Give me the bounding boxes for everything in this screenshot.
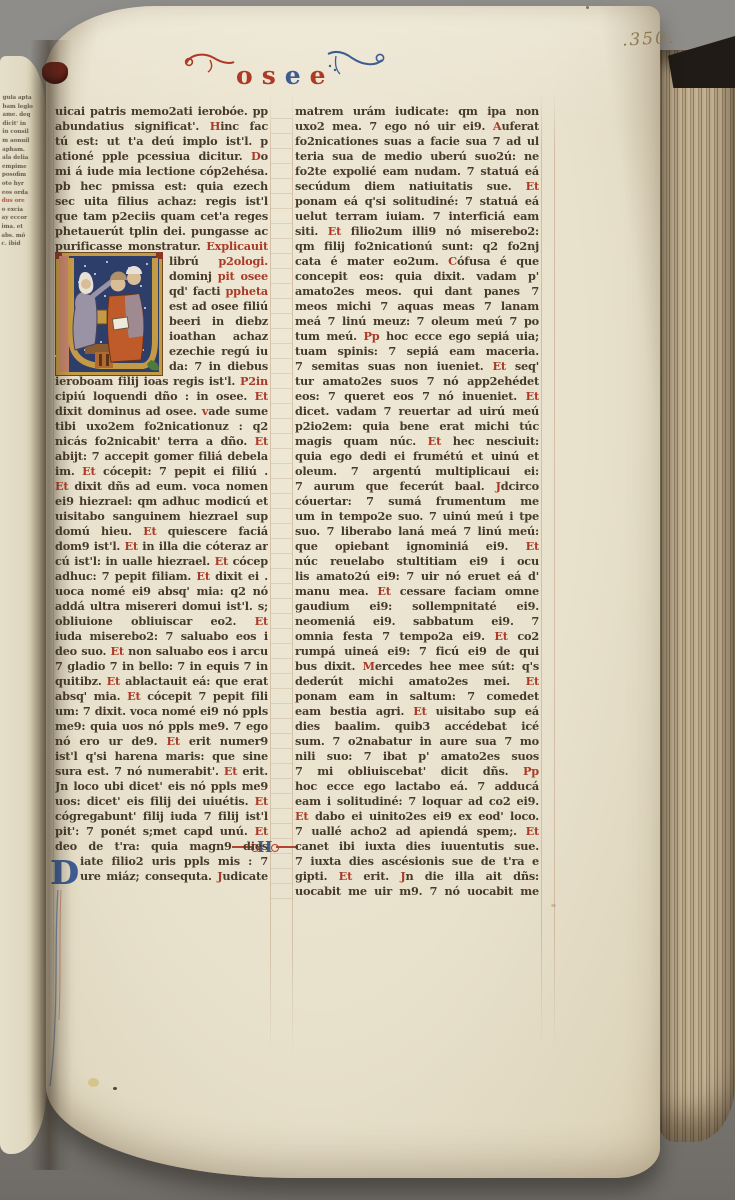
body-text: 7 iuxta dies ascésionis sue de t'ra e: [295, 854, 539, 868]
text-line: absq' mia. Et cócepit 7 pepit fili: [55, 689, 268, 704]
text-line: gaudium ei9: sollempnitaté ei9.: [295, 599, 539, 614]
body-text: teria sua de medio uberú suo2ú: ne: [295, 149, 539, 163]
text-line: dom9 ist'l. Et in illa die cóteraz ar: [55, 539, 268, 554]
rubricated-text: Et: [110, 644, 123, 658]
body-text: est ad osee filiú: [169, 299, 268, 313]
gloss-fragment: in consil: [2, 128, 42, 137]
rubricated-text: Et: [55, 479, 68, 493]
running-title-letter: e: [310, 63, 326, 88]
text-line: lis amato2ú ei9: 7 uir nó eruet eá d': [295, 569, 539, 584]
text-line: secúdum diem natiuitatis sue. Et: [295, 179, 539, 194]
rubricated-text: Et: [526, 674, 539, 688]
text-line: amato2es meos. qui dant panes 7: [295, 284, 539, 299]
text-line: fo2nicationes suas a facie sua 7 ad ul: [295, 134, 539, 149]
rubricated-text: Et: [428, 434, 441, 448]
text-line: nili suo: 7 ibat p' amato2es suos: [295, 749, 539, 764]
body-text: qm filij fo2nicationú sunt: q2 fo2nj: [295, 239, 539, 253]
pen-flourish-right-icon: [326, 42, 386, 82]
book-fore-edge: [656, 50, 735, 1142]
rubricated-text: Et: [255, 824, 268, 838]
body-text: seq': [506, 359, 539, 373]
body-text: 7 mi obliuiscebat' dicit dñs.: [295, 764, 523, 778]
body-text: ure miáz; consequta.: [80, 869, 217, 883]
body-text: adhuc: 7 pepit filiam.: [55, 569, 196, 583]
text-line: domú hieu. Et quiescere faciá regni: [55, 524, 268, 539]
text-line: que opiebant ignominiá ei9. Et: [295, 539, 539, 554]
body-text: ei9 hiezrael: qm adhuc modicú et: [55, 494, 268, 508]
body-text: canet ibi iuxta dies iuuentutis sue.: [295, 839, 539, 853]
body-text: dederút michi amato2es mei.: [295, 674, 526, 688]
text-line: Et dixit dñs ad eum. voca nomen: [55, 479, 268, 494]
text-line: tum meú. Pp hoc ecce ego sepiá uia;: [295, 329, 539, 344]
body-text: ezechie regú iu: [169, 344, 268, 358]
body-text: uocabit me uir m9. 7 nó uocabit me: [295, 884, 539, 898]
text-line: deo de t'ra: quia magn9 dies ieztael: [55, 839, 268, 854]
rubricated-text: Pp: [363, 329, 379, 343]
running-title-letter: e: [285, 63, 301, 88]
text-line: magis quam núc. Et hec nesciuit:: [295, 434, 539, 449]
body-text: sec uita filius achaz: regis ist'l tplo.: [55, 194, 268, 209]
body-text: Jn loco ubi dicet' eis nó ppls me9: [55, 779, 268, 793]
rubricated-text: Et: [494, 629, 507, 643]
body-text: ablactauit eá: que erat: [120, 674, 268, 688]
body-text: ieroboam filij ioas regis ist'l.: [55, 374, 240, 388]
text-line: fo2te expolié eam nudam. 7 statuá eá: [295, 164, 539, 179]
text-line: uos: dicet' eis filij dei uiuétis. Et: [55, 794, 268, 809]
rubricated-text: Et: [295, 809, 308, 823]
text-line: ezechie regú iu: [169, 344, 268, 359]
text-line: uelut terram iuiam. 7 interficiá eam: [295, 209, 539, 224]
ruling-line-intercolumn-2: [292, 92, 293, 1058]
text-line: hoc ecce ego lactabo eá. 7 adducá: [295, 779, 539, 794]
text-line: uocabit me uir m9. 7 nó uocabit me: [295, 884, 539, 899]
body-text: omnia festa 7 tempo2a ei9.: [295, 629, 494, 643]
body-text: ade sume: [208, 404, 268, 418]
body-text: uelut terram iuiam. 7 interficiá eam: [295, 209, 539, 223]
body-text: matrem urám iudicate: qm ipa non: [295, 104, 539, 118]
body-text: inc fac: [220, 119, 268, 133]
body-text: eam bestia agri.: [295, 704, 413, 718]
binding-headband: [42, 62, 68, 84]
text-line: ioathan achaz: [169, 329, 268, 344]
body-text: cú ist'l: in ualle hiezrael.: [55, 554, 215, 568]
pen-flourish-left-icon: [184, 48, 236, 82]
rubricated-text: Et: [196, 569, 209, 583]
text-line: 7 mi obliuiscebat' dicit dñs. Pp: [295, 764, 539, 779]
rubricated-text: Explicauit: [206, 239, 268, 253]
body-text: uisitabo sup eá: [427, 704, 539, 718]
body-text: oleum. 7 argentú multiplicaui ei:: [295, 464, 539, 478]
body-text: hoc ecce ego lactabo eá. 7 adducá: [295, 779, 539, 793]
text-line: manu mea. Et cessare faciam omne: [295, 584, 539, 599]
body-text: hec nesciuit:: [441, 434, 539, 448]
text-line: dominj pit osee: [169, 269, 268, 284]
body-text: da: 7 in diebus: [169, 359, 268, 373]
body-text: fo2nicationes suas a facie sua 7 ad ul: [295, 134, 539, 148]
body-text: quia ego dedi ei frumétú et uinú et: [295, 449, 539, 463]
body-text: tibi uxo2em fo2nicationuz : q2 fo2: [55, 419, 268, 434]
rubricated-text: Et: [166, 734, 179, 748]
body-text: uxo2 mea. 7 ego nó uir ei9.: [295, 119, 493, 133]
text-line: gipti. Et erit. Jn die illa ait dñs:: [295, 869, 539, 884]
rubricated-text: Et: [526, 539, 539, 553]
body-text: meos michi 7 aquas meas 7 lanam: [295, 299, 539, 313]
body-text: que tam p2eciis quam cet'a reges p: [55, 209, 268, 224]
body-text: 7 gladio 7 in bello: 7 in equis 7 in e: [55, 659, 268, 674]
gloss-fragment: dicit' in: [2, 120, 42, 129]
gloss-fragment: o excia: [2, 206, 42, 215]
gloss-fragment: eos orda: [2, 188, 42, 197]
body-text: tum meú.: [295, 329, 363, 343]
rubricated-text: Et: [255, 389, 268, 403]
text-line: rumpá uineá ei9: 7 ficú ei9 de qui: [295, 644, 539, 659]
text-line: eam bestia agri. Et uisitabo sup eá: [295, 704, 539, 719]
body-text: sura est. 7 nó numerabit'.: [55, 764, 224, 778]
body-text: dixit dominus ad osee.: [55, 404, 202, 418]
text-line: tibi uxo2em fo2nicationuz : q2 fo2: [55, 419, 268, 434]
text-line: neomeniá ei9. sabbatum ei9. 7: [295, 614, 539, 629]
body-text: dixit dñs ad eum. voca nomen: [68, 479, 268, 493]
body-text: p2io2em: quia bene erat michi túc: [295, 419, 539, 433]
rubricated-text: Et: [255, 614, 268, 628]
body-text: manu mea.: [295, 584, 377, 598]
text-line: bus dixit. Mercedes hee mee sút: q's: [295, 659, 539, 674]
body-text: ercedes hee mee sút: q's: [375, 659, 539, 673]
body-text: cóuertar: 7 sumá frumentum me: [295, 494, 539, 508]
rubricated-text: P2in: [240, 374, 268, 388]
rubricated-text: Et: [328, 224, 341, 238]
text-line: beeri in diebz ozi: [169, 314, 268, 329]
body-text: suo. 7 liberabo laná meá 7 linú meú:: [295, 524, 539, 538]
ruling-line-right-2: [554, 92, 555, 1052]
facing-page-gloss-text: gula aptabam legloame. deqdicit' inin co…: [1, 94, 42, 249]
body-text: um: 7 dixit. voca nomé ei9 nó ppls: [55, 704, 268, 718]
text-line: uoca nomé ei9 absq' mia: q2 nó: [55, 584, 268, 599]
gloss-fragment: empime: [2, 163, 42, 172]
rubricated-text: Et: [255, 794, 268, 808]
text-line: tú est: ut t'a deú implo ist'l. p deuú: [55, 134, 268, 149]
body-text: librú: [169, 254, 218, 268]
rubricated-text: Et: [526, 824, 539, 838]
body-text: gipti.: [295, 869, 339, 883]
gloss-fragment: ima. et: [1, 223, 41, 232]
body-text: qd' facti: [169, 284, 225, 298]
body-text: ist'l q'si harena maris: que sine mé: [55, 749, 268, 764]
body-text: iuda miserebo2: 7 saluabo eos i dño: [55, 629, 268, 644]
body-text: gaudium ei9: sollempnitaté ei9.: [295, 599, 539, 613]
text-line: obliuione obliuiscar eo2. Et domui: [55, 614, 268, 629]
body-text: ationé pple pcessiua dicitur.: [55, 149, 251, 163]
body-text: nicás fo2nicabit' terra a dño.: [55, 434, 255, 448]
body-text: dicet. vadam 7 reuertar ad uirú meú: [295, 404, 539, 418]
text-line: 7 iuxta dies ascésionis sue de t'ra e: [295, 854, 539, 869]
text-line: quitibz. Et ablactauit eá: que erat: [55, 674, 268, 689]
body-text: bus dixit.: [295, 659, 363, 673]
body-text: cócep: [228, 554, 268, 568]
text-line: dixit dominus ad osee. vade sume: [55, 404, 268, 419]
text-line: que tam p2eciis quam cet'a reges p: [55, 209, 268, 224]
running-title: osee: [184, 36, 424, 88]
text-column-right: matrem urám iudicate: qm ipa nonuxo2 mea…: [295, 104, 539, 899]
body-text: n die illa ait dñs:: [405, 869, 539, 883]
text-line: ure miáz; consequta. Judicate: [80, 869, 268, 884]
text-line: matrem urám iudicate: qm ipa non: [295, 104, 539, 119]
text-line: dies baalim. quib3 accédebat icé: [295, 719, 539, 734]
body-text: dies baalim. quib3 accédebat icé: [295, 719, 539, 733]
text-line: teria sua de medio uberú suo2ú: ne: [295, 149, 539, 164]
body-text: addá ultra misereri domui ist'l. s;: [55, 599, 268, 613]
text-line: deo suo. Et non saluabo eos i arcu: [55, 644, 268, 659]
body-text: domú hieu.: [55, 524, 143, 538]
rubricated-text: D: [251, 149, 261, 163]
body-text: quitibz.: [55, 674, 107, 688]
body-text: fo2te expolié eam nudam. 7 statuá eá: [295, 164, 539, 178]
body-text: deo de t'ra: quia magn9 dies ieztael: [55, 839, 268, 854]
text-line: ponam eam in saltum: 7 comedet: [295, 689, 539, 704]
text-line: concepit eos: quia dixit. vadam p': [295, 269, 539, 284]
body-text: uisitabo sanguinem hiezrael sup: [55, 509, 268, 523]
body-text: tuam spinis: 7 sepiá eam maceria.: [295, 344, 539, 358]
body-text: filio2um illi9 nó miserebo2:: [341, 224, 539, 238]
ruling-horizontal-strip: [271, 104, 292, 899]
gloss-fragment: m aonuil: [2, 137, 42, 146]
rubricated-text: Et: [413, 704, 426, 718]
rubricated-text: Et: [215, 554, 228, 568]
ink-speck: [113, 1087, 117, 1090]
text-line: adhuc: 7 pepit filiam. Et dixit ei .: [55, 569, 268, 584]
body-text: eos: 7 queret eos 7 nó inueniet.: [295, 389, 526, 403]
body-text: tur amato2es suos 7 nó app2ehédet: [295, 374, 539, 388]
body-text: in illa die cóteraz ar: [138, 539, 268, 553]
body-text: ófusa é que: [457, 254, 539, 268]
gloss-fragment: ala delia: [2, 154, 42, 163]
text-line: meá 7 linú meuz: 7 oleum meú 7 po: [295, 314, 539, 329]
body-text: im.: [55, 464, 82, 478]
text-line: siti. Et filio2um illi9 nó miserebo2:: [295, 224, 539, 239]
manuscript-page: .350. osee: [46, 6, 660, 1178]
body-text: dom9 ist'l.: [55, 539, 125, 553]
text-line: mi á iude mia lectione cóp2ehésa.: [55, 164, 268, 179]
body-text: eam i solitudiné: 7 loquar ad co2 ei9.: [295, 794, 539, 808]
ruling-line-right-1: [541, 92, 542, 1052]
text-line: sum. 7 o2nabatur in aure sua 7 mo: [295, 734, 539, 749]
rubricated-text: Et: [492, 359, 505, 373]
text-line: tuam spinis: 7 sepiá eam maceria.: [295, 344, 539, 359]
running-title-letter: o: [236, 63, 253, 88]
text-line: núc reuelabo stultitiam ei9 i ocu: [295, 554, 539, 569]
body-text: abundatius significat'.: [55, 119, 210, 133]
text-line: ponam eá q'si solitudiné: 7 statuá eá: [295, 194, 539, 209]
gloss-fragment: ame. deq: [2, 111, 42, 120]
text-line: im. Et cócepit: 7 pepit ei filiú .: [55, 464, 268, 479]
body-text: erit.: [237, 764, 268, 778]
text-line: ei9 hiezrael: qm adhuc modicú et: [55, 494, 268, 509]
text-line: uisitabo sanguinem hiezrael sup: [55, 509, 268, 524]
text-line: oleum. 7 argentú multiplicaui ei:: [295, 464, 539, 479]
text-line: meos michi 7 aquas meas 7 lanam: [295, 299, 539, 314]
rubricated-text: Et: [82, 464, 95, 478]
text-line: 7 uallé acho2 ad apiendá spem;. Et: [295, 824, 539, 839]
text-line: 7 gladio 7 in bello: 7 in equis 7 in e: [55, 659, 268, 674]
parchment-stain: [88, 1078, 99, 1087]
text-line: purificasse monstratur. Explicauit: [55, 239, 268, 254]
text-line: dederút michi amato2es mei. Et: [295, 674, 539, 689]
rubricated-text: Et: [526, 179, 539, 193]
body-text: 7 uallé acho2 ad apiendá spem;.: [295, 824, 526, 838]
body-text: dominj: [169, 269, 218, 283]
rubricated-text: H: [210, 119, 220, 133]
body-text: o: [261, 149, 268, 163]
initial-d-penwork-tail: [48, 890, 74, 1100]
body-text: deo suo.: [55, 644, 110, 658]
body-text: co2: [508, 629, 539, 643]
body-text: ioathan achaz: [169, 329, 268, 343]
body-text: cócepit: 7 pepit ei filiú .: [96, 464, 268, 478]
rubricated-text: Pp: [523, 764, 539, 778]
body-text: beeri in diebz ozi: [169, 314, 268, 329]
text-line: abundatius significat'. Hinc fac: [55, 119, 268, 134]
text-line: nó ero ur de9. Et erit numer9 filio2ú: [55, 734, 268, 749]
body-text: dixit ei .: [210, 569, 268, 583]
text-line: p2io2em: quia bene erat michi túc: [295, 419, 539, 434]
body-text: nó ero ur de9.: [55, 734, 166, 748]
body-text: cócepit 7 pepit fili: [141, 689, 268, 703]
text-line: addá ultra misereri domui ist'l. s;: [55, 599, 268, 614]
body-text: uos: dicet' eis filij dei uiuétis.: [55, 794, 255, 808]
body-text: um in tempo2e suo. 7 uinú meú i tpe: [295, 509, 539, 523]
gloss-fragment: c. ibid: [1, 240, 41, 249]
text-line: cóuertar: 7 sumá frumentum me: [295, 494, 539, 509]
gloss-fragment: gula apta: [3, 94, 43, 103]
text-line: cú ist'l: in ualle hiezrael. Et cócep: [55, 554, 268, 569]
text-line: Jn loco ubi dicet' eis nó ppls me9: [55, 779, 268, 794]
body-text: meá 7 linú meuz: 7 oleum meú 7 po: [295, 314, 539, 328]
body-text: purificasse monstratur.: [55, 239, 206, 253]
text-line: cógregabunt' filij iuda 7 filij ist'l: [55, 809, 268, 824]
text-line: qd' facti ppheta .: [169, 284, 268, 299]
gloss-fragment: bam leglo: [3, 102, 43, 111]
text-line: um in tempo2e suo. 7 uinú meú i tpe: [295, 509, 539, 524]
body-text: amato2es meos. qui dant panes 7: [295, 284, 539, 298]
text-line: 7 aurum que fecerút baal. Jdcirco: [295, 479, 539, 494]
rubricated-text: pit osee: [218, 269, 268, 283]
body-text: pit': 7 ponét s;met capd unú.: [55, 824, 255, 838]
rubricated-text: Et: [224, 764, 237, 778]
text-line: tur amato2es suos 7 nó app2ehédet: [295, 374, 539, 389]
text-line: iuda miserebo2: 7 saluabo eos i dño: [55, 629, 268, 644]
body-text: pb hec pmissa est: quia ezech 1as.: [55, 179, 268, 194]
text-line: nicás fo2nicabit' terra a dño. Et: [55, 434, 268, 449]
body-text: nili suo: 7 ibat p' amato2es suos: [295, 749, 539, 763]
rubricated-text: C: [448, 254, 457, 268]
body-text: absq' mia.: [55, 689, 127, 703]
body-text: non saluabo eos i arcu: [124, 644, 268, 658]
text-line: da: 7 in diebus: [169, 359, 268, 374]
rubricated-text: Et: [125, 539, 138, 553]
gloss-fragment: oto hyr: [2, 180, 42, 189]
text-line: 7 semitas suas non iueniet. Et seq': [295, 359, 539, 374]
body-text: udicate: [222, 869, 268, 883]
text-column-left: uicai patris memo2ati ierobóe. pp pc̄aab…: [55, 104, 268, 884]
text-line: qm filij fo2nicationú sunt: q2 fo2nj: [295, 239, 539, 254]
text-line: canet ibi iuxta dies iuuentutis sue.: [295, 839, 539, 854]
body-text: rumpá uineá ei9: 7 ficú ei9 de qui: [295, 644, 539, 658]
body-text: lis amato2ú ei9: 7 uir nó eruet eá d': [295, 569, 539, 583]
body-text: concepit eos: quia dixit. vadam p': [295, 269, 539, 283]
body-text: ponam eá q'si solitudiné: 7 statuá eá: [295, 194, 539, 208]
rubricated-text: M: [363, 659, 375, 673]
running-title-letter: s: [262, 63, 276, 88]
body-text: que opiebant ignominiá ei9.: [295, 539, 526, 553]
text-line: pb hec pmissa est: quia ezech 1as.: [55, 179, 268, 194]
text-line: librú p2ologi. Jna: [169, 254, 268, 269]
text-line: eos: 7 queret eos 7 nó inueniet. Et: [295, 389, 539, 404]
text-line: ationé pple pcessiua dicitur. Do: [55, 149, 268, 164]
body-text: uicai patris memo2ati ierobóe. pp pc̄a: [55, 104, 268, 119]
body-text: cessare faciam omne: [391, 584, 539, 598]
text-line: me9: quia uos nó ppls me9. 7 ego: [55, 719, 268, 734]
body-text: iate filio2 uris ppls mis : 7 soro2i: [80, 854, 268, 869]
gloss-fragment: dus ore: [2, 197, 42, 206]
rubricated-text: Et: [127, 689, 140, 703]
text-line: est ad osee filiú: [169, 299, 268, 314]
text-line: eam i solitudiné: 7 loquar ad co2 ei9.: [295, 794, 539, 809]
rubricated-text: Et: [377, 584, 390, 598]
gloss-fragment: ay eccor: [2, 214, 42, 223]
body-text: me9: quia uos nó ppls me9. 7 ego: [55, 719, 268, 733]
body-text: abijt: 7 accepit gomer filiá debela: [55, 449, 268, 463]
body-text: erit.: [352, 869, 400, 883]
text-line: cata é mater eo2um. Cófusa é que: [295, 254, 539, 269]
parchment-stain: [551, 904, 556, 907]
facing-page-edge: gula aptabam legloame. deqdicit' inin co…: [0, 56, 46, 1154]
body-text: phetauerút tplin dei. pungasse ac: [55, 224, 268, 238]
body-text: cipiú loquendi dño : in osee.: [55, 389, 255, 403]
body-text: 7 semitas suas non iueniet.: [295, 359, 492, 373]
text-line: phetauerút tplin dei. pungasse ac: [55, 224, 268, 239]
text-line: sura est. 7 nó numerabit'. Et erit.: [55, 764, 268, 779]
gloss-fragment: apham.: [2, 145, 42, 154]
body-text: núc reuelabo stultitiam ei9 i ocu: [295, 554, 539, 568]
body-text: tú est: ut t'a deú implo ist'l. p deuú: [55, 134, 268, 149]
body-text: neomeniá ei9. sabbatum ei9. 7: [295, 614, 539, 628]
rubricated-text: Et: [255, 434, 268, 448]
body-text: hoc ecce ego sepiá uia;: [379, 329, 539, 343]
text-line: omnia festa 7 tempo2a ei9. Et co2: [295, 629, 539, 644]
body-text: dcirco: [501, 479, 539, 493]
text-line: abijt: 7 accepit gomer filiá debela: [55, 449, 268, 464]
running-title-letters: osee: [236, 63, 326, 88]
body-text: magis quam núc.: [295, 434, 428, 448]
text-line: pit': 7 ponét s;met capd unú. Et ascé: [55, 824, 268, 839]
photo-of-manuscript: { "page": { "folio_number": ".350.", "ru…: [0, 0, 735, 1200]
body-text: uferat: [501, 119, 539, 133]
body-text: siti.: [295, 224, 328, 238]
text-line: sec uita filius achaz: regis ist'l tplo.: [55, 194, 268, 209]
ink-speck: [586, 6, 589, 9]
rubricated-text: Et: [526, 389, 539, 403]
rubricated-text: Et: [107, 674, 120, 688]
text-line: uxo2 mea. 7 ego nó uir ei9. Auferat: [295, 119, 539, 134]
body-text: uoca nomé ei9 absq' mia: q2 nó: [55, 584, 268, 598]
text-line: ieroboam filij ioas regis ist'l. P2in: [55, 374, 268, 389]
body-text: secúdum diem natiuitatis sue.: [295, 179, 526, 193]
body-text: cógregabunt' filij iuda 7 filij ist'l: [55, 809, 268, 823]
body-text: cata é mater eo2um.: [295, 254, 448, 268]
text-line: iate filio2 uris ppls mis : 7 soro2i: [80, 854, 268, 869]
body-text: dabo ei uinito2es ei9 ex eod' loco.: [308, 809, 539, 823]
body-text: ponam eam in saltum: 7 comedet: [295, 689, 539, 703]
